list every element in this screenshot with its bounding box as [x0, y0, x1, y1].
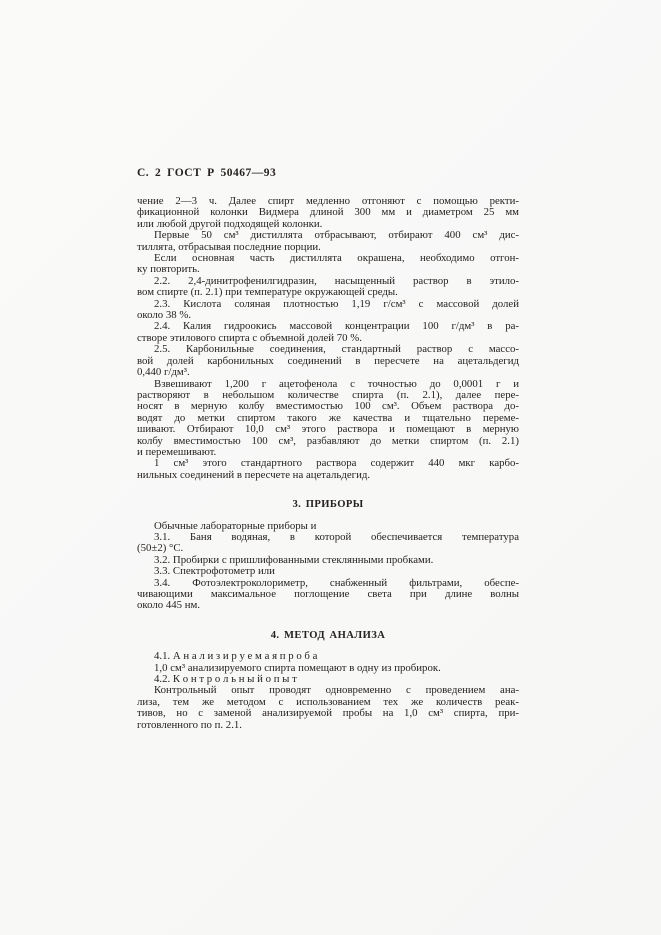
paragraph: 2.4. Калия гидроокись массовой концентра… [137, 321, 519, 344]
document-text-block: С. 2 ГОСТ Р 50467—93 чение 2—3 ч. Далее … [137, 167, 519, 731]
text-line: вом спирте (п. 2.1) при температуре окру… [137, 287, 519, 298]
text-line: готовленного по п. 2.1. [137, 720, 519, 731]
text-line: 3.3. Спектрофотометр или [137, 566, 519, 577]
text-line: нильных соединений в пересчете на ацетал… [137, 470, 519, 481]
text-line: тивов, но с заменой анализируемой пробы … [137, 708, 519, 719]
paragraph: 2.5. Карбонильные соединения, стандартны… [137, 344, 519, 378]
text-line: 0,440 г/дм³. [137, 367, 519, 378]
document-body: чение 2—3 ч. Далее спирт медленно отгоня… [137, 196, 519, 731]
text-line: шивают. Отбирают 10,0 см³ этого раствора… [137, 424, 519, 435]
paragraph: 3.3. Спектрофотометр или [137, 566, 519, 577]
text-line: Первые 50 см³ дистиллята отбрасывают, от… [137, 230, 519, 241]
section-heading: 4. МЕТОД АНАЛИЗА [137, 630, 519, 641]
paragraph: 1 см³ этого стандартного раствора содерж… [137, 458, 519, 481]
paragraph: 2.3. Кислота соляная плотностью 1,19 г/с… [137, 299, 519, 322]
section-heading: 3. ПРИБОРЫ [137, 499, 519, 510]
paragraph: 3.1. Баня водяная, в которой обеспечивае… [137, 532, 519, 555]
text-line: 3.1. Баня водяная, в которой обеспечивае… [137, 532, 519, 543]
paragraph: Первые 50 см³ дистиллята отбрасывают, от… [137, 230, 519, 253]
scanned-page: С. 2 ГОСТ Р 50467—93 чение 2—3 ч. Далее … [0, 0, 661, 935]
text-line: около 445 нм. [137, 600, 519, 611]
text-line: 2.5. Карбонильные соединения, стандартны… [137, 344, 519, 355]
paragraph: 3.4. Фотоэлектроколориметр, снабженный ф… [137, 578, 519, 612]
paragraph: Взвешивают 1,200 г ацетофенола с точност… [137, 379, 519, 459]
text-line: носят в мерную колбу вместимостью 100 см… [137, 401, 519, 412]
paragraph: чение 2—3 ч. Далее спирт медленно отгоня… [137, 196, 519, 230]
text-line: 4.1. А н а л и з и р у е м а я п р о б а [137, 651, 519, 662]
paragraph: Если основная часть дистиллята окрашена,… [137, 253, 519, 276]
paragraph: 2.2. 2,4-динитрофенилгидразин, насыщенны… [137, 276, 519, 299]
page-header: С. 2 ГОСТ Р 50467—93 [137, 167, 519, 180]
paragraph: Контрольный опыт проводят одновременно с… [137, 685, 519, 731]
text-line: 2.3. Кислота соляная плотностью 1,19 г/с… [137, 299, 519, 310]
text-line: вой долей карбонильных соединений в пере… [137, 356, 519, 367]
paragraph: 4.1. А н а л и з и р у е м а я п р о б а [137, 651, 519, 662]
